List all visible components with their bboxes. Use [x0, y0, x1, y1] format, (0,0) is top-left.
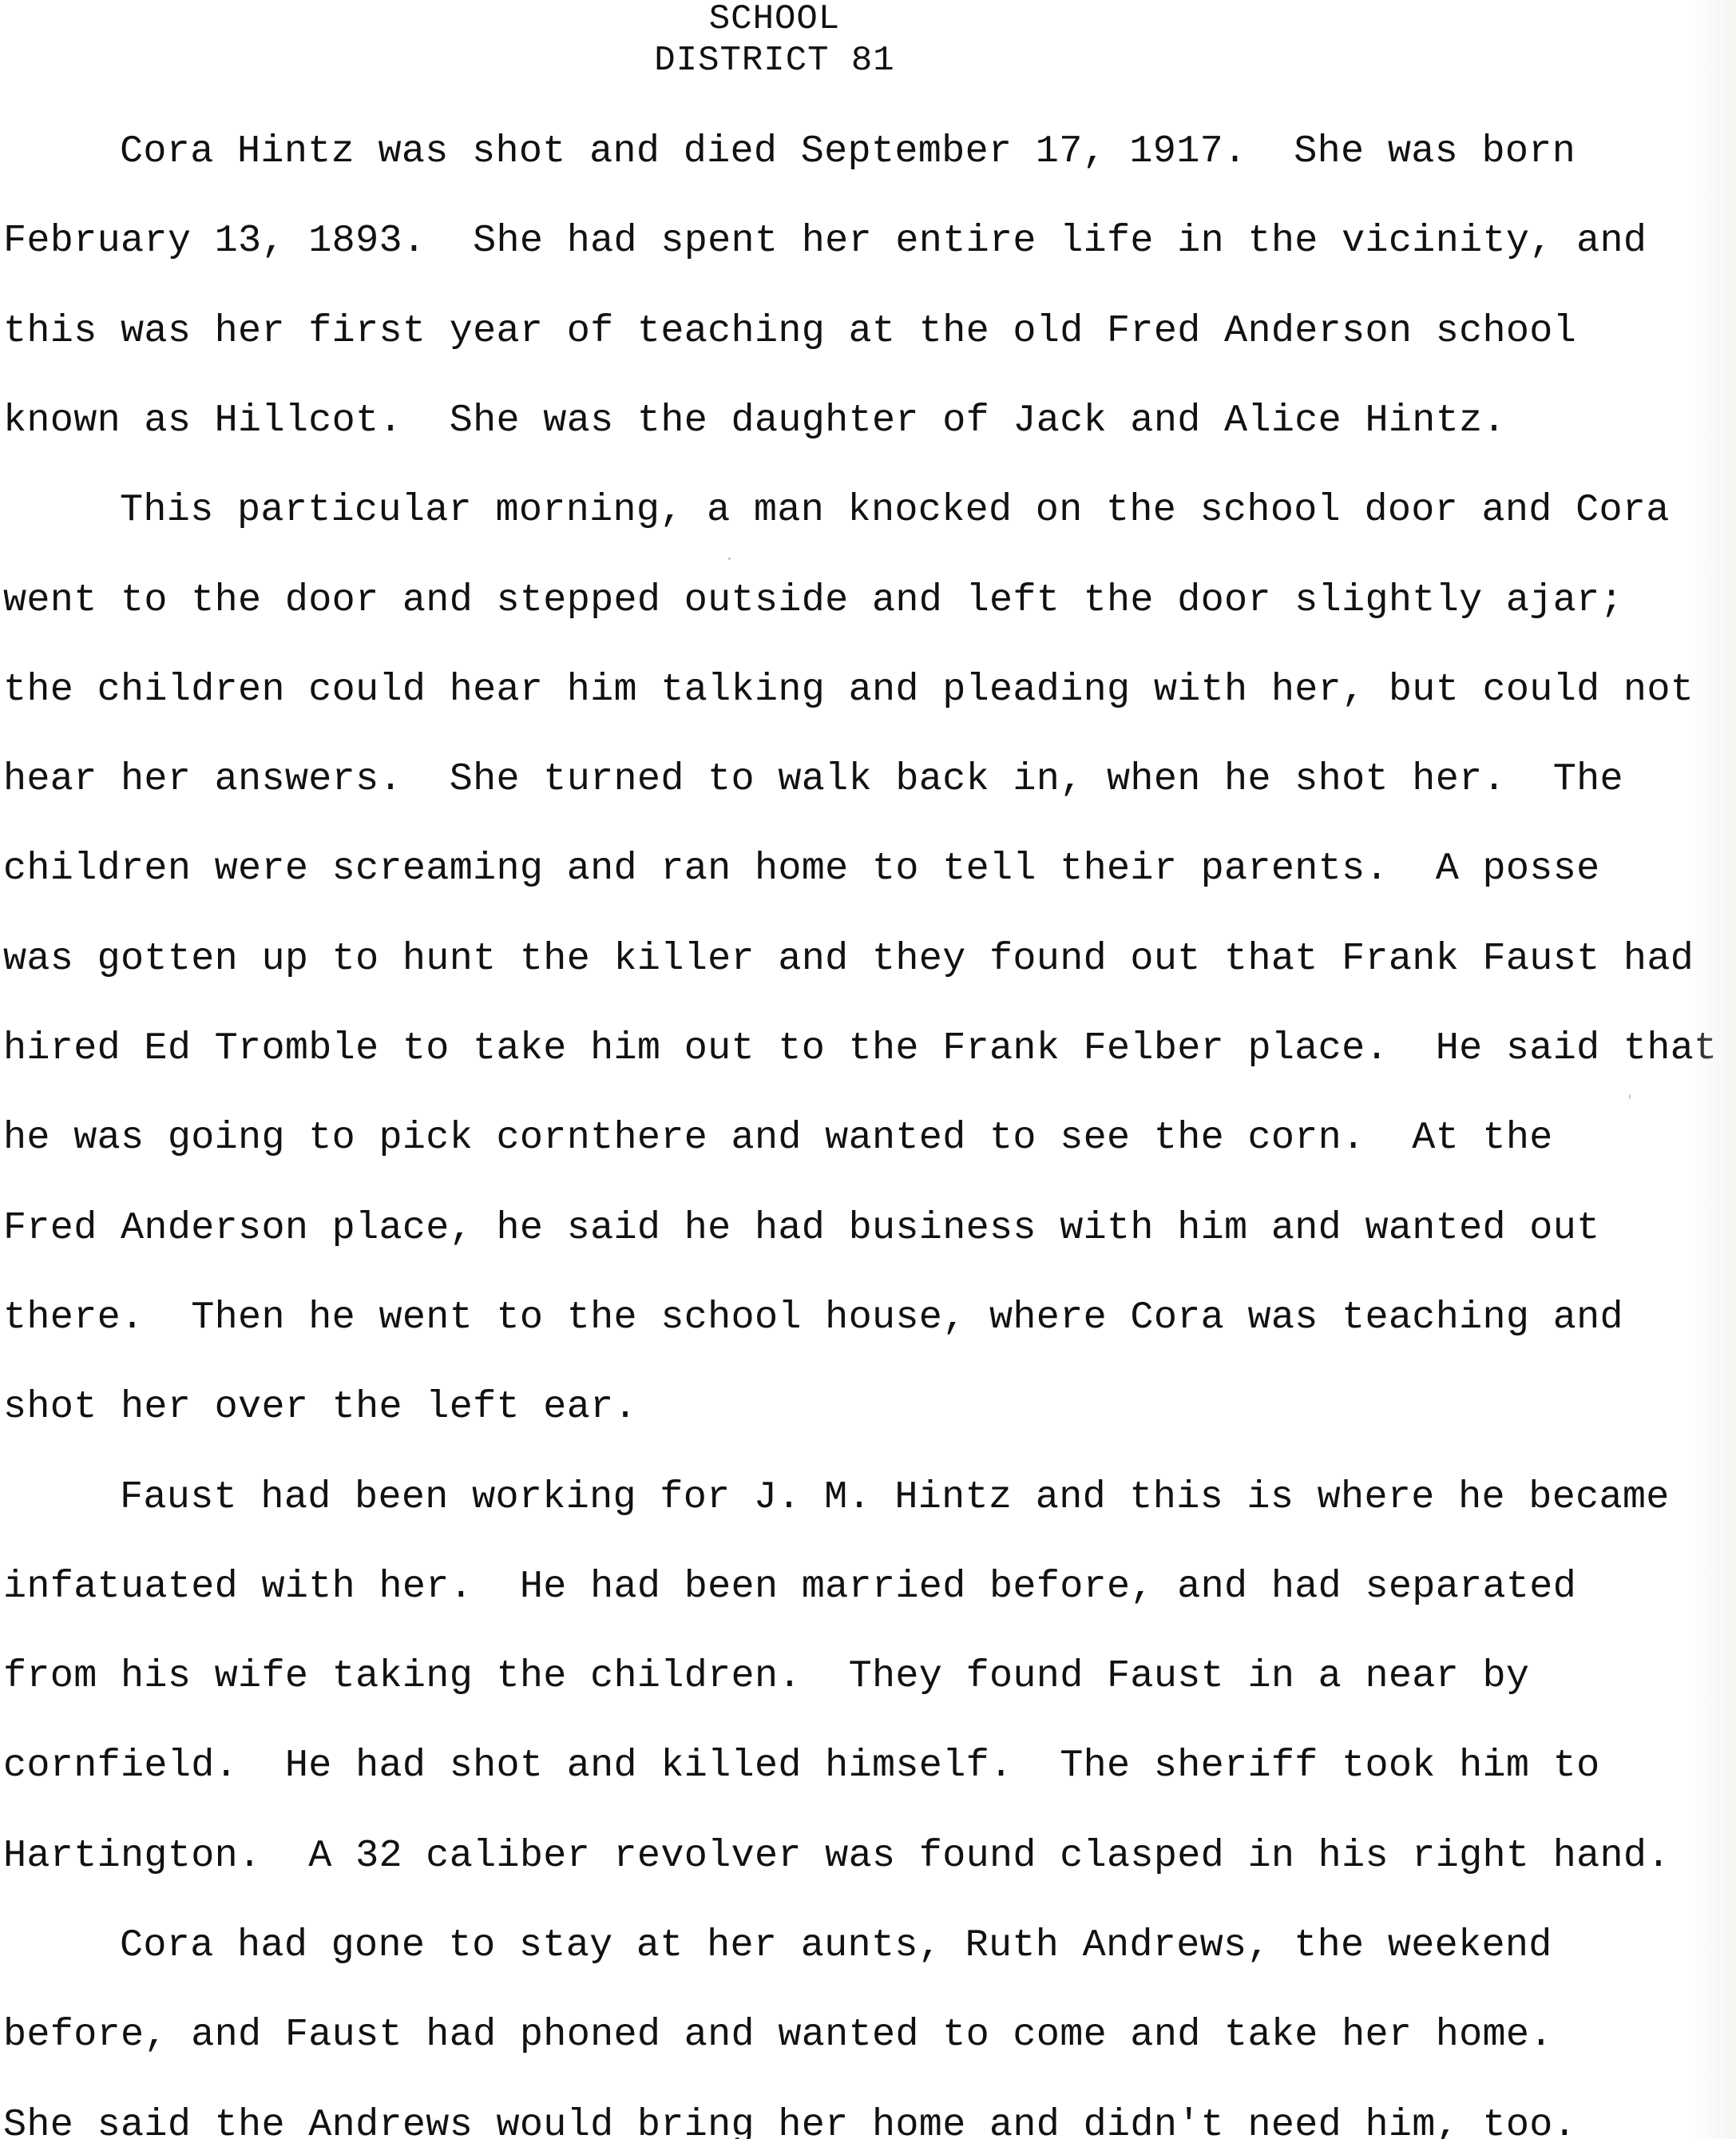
paragraph-line: he was going to pick cornthere and wante… [3, 1119, 1553, 1158]
paragraph-line: Fred Anderson place, he said he had busi… [3, 1209, 1600, 1248]
scan-edge-shading [1688, 0, 1736, 2139]
paragraph-line: known as Hillcot. She was the daughter o… [3, 402, 1506, 441]
paragraph-line: went to the door and stepped outside and… [3, 581, 1623, 621]
paragraph-line: was gotten up to hunt the killer and the… [3, 940, 1694, 979]
paragraph-line: from his wife taking the children. They … [3, 1657, 1529, 1697]
paragraph-line: Hartington. A 32 caliber revolver was fo… [3, 1837, 1671, 1876]
paragraph-line: the children could hear him talking and … [3, 671, 1694, 710]
paragraph-line: She said the Andrews would bring her hom… [3, 2106, 1576, 2139]
paragraph-line: there. Then he went to the school house,… [3, 1299, 1623, 1338]
paragraph-first-line: Cora Hintz was shot and died September 1… [120, 133, 1575, 172]
paragraph-line: this was her first year of teaching at t… [3, 312, 1576, 351]
document-page: SCHOOL DISTRICT 81 Cora Hintz was shot a… [0, 0, 1736, 2139]
paragraph-line: before, and Faust had phoned and wanted … [3, 2016, 1553, 2055]
title-line-district: DISTRICT 81 [0, 43, 1549, 78]
paragraph-line: shot her over the left ear. [3, 1388, 637, 1427]
paragraph-first-line: This particular morning, a man knocked o… [120, 491, 1670, 530]
paragraph-line: children were screaming and ran home to … [3, 850, 1600, 889]
scan-speck [728, 558, 731, 560]
paragraph-first-line: Cora had gone to stay at her aunts, Ruth… [120, 1927, 1552, 1966]
paragraph-line: February 13, 1893. She had spent her ent… [3, 222, 1647, 261]
paragraph-line: cornfield. He had shot and killed himsel… [3, 1747, 1600, 1786]
scan-speck [1629, 1094, 1631, 1099]
paragraph-line: infatuated with her. He had been married… [3, 1568, 1576, 1607]
title-line-school: SCHOOL [0, 2, 1549, 37]
paragraph-line: hear her answers. She turned to walk bac… [3, 760, 1623, 800]
paragraph-first-line: Faust had been working for J. M. Hintz a… [120, 1478, 1670, 1518]
paragraph-line: hired Ed Tromble to take him out to the … [3, 1030, 1718, 1069]
